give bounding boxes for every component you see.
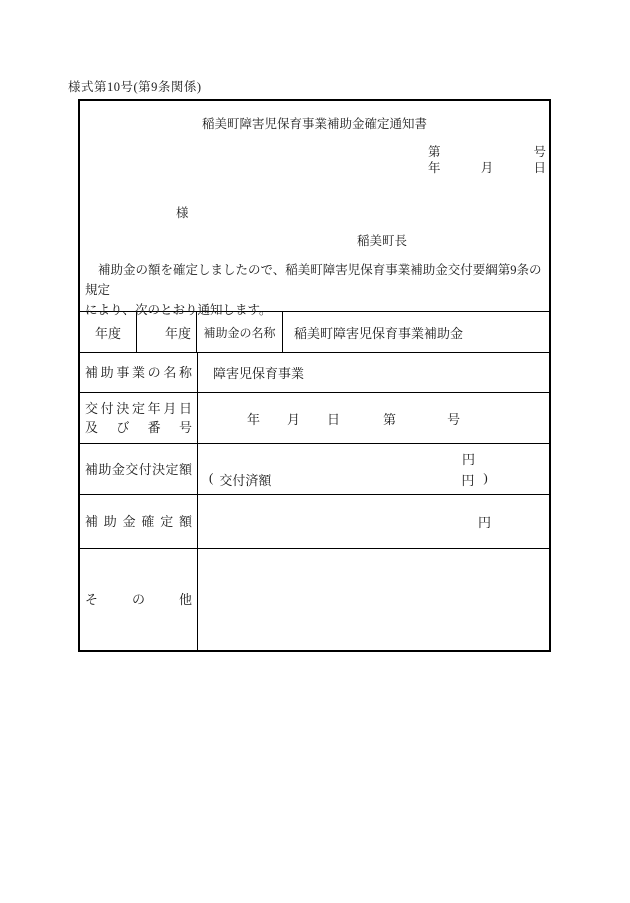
decision-number-suffix: 号: [447, 409, 460, 428]
paid-amount-label: 交付済額: [219, 470, 271, 489]
year-label: 年: [428, 158, 441, 176]
project-name-label: 補助事業の名称: [80, 363, 197, 382]
decision-year-label: 年: [247, 409, 260, 428]
decided-amount-label-cell: 補助金交付決定額: [80, 444, 198, 494]
table-row-other: その他: [80, 548, 549, 650]
table-row-project-name: 補助事業の名称 障害児保育事業: [80, 352, 549, 392]
decided-amount-yen-label: 円: [198, 449, 549, 468]
notice-box: 稲美町障害児保育事業補助金確定通知書 第 号 年 月 日 様 稲美町長 補助金の…: [78, 99, 551, 652]
document-date-line: 年 月 日: [428, 158, 546, 176]
form-number: 様式第10号(第9条関係): [68, 77, 202, 95]
table-row-decision-date-number: 交付決定年月日 及び番号 年 月 日 第 号: [80, 392, 549, 443]
notice-body: 補助金の額を確定しましたので、稲美町障害児保育事業補助金交付要綱第9条の規定 に…: [85, 260, 547, 320]
paren-close: ): [483, 470, 487, 489]
notice-header-section: 稲美町障害児保育事業補助金確定通知書 第 号 年 月 日 様 稲美町長 補助金の…: [80, 101, 549, 311]
decision-label-line1: 交付決定年月日: [80, 399, 197, 418]
confirmed-amount-label-cell: 補助金確定額: [80, 495, 198, 548]
addressee-honorific: 様: [176, 203, 189, 221]
decision-label-line2: 及び番号: [80, 418, 197, 437]
decision-day-label: 日: [327, 409, 340, 428]
paid-amount-line: ( 交付済額 円 ): [198, 470, 549, 489]
notice-title: 稲美町障害児保育事業補助金確定通知書: [80, 114, 549, 132]
other-label: その他: [80, 590, 197, 609]
table-row-decided-amount: 補助金交付決定額 円 ( 交付済額 円 ): [80, 443, 549, 494]
project-name-value-cell: 障害児保育事業: [198, 353, 549, 392]
confirmed-amount-yen-label: 円: [478, 512, 491, 531]
paren-open: (: [209, 470, 213, 489]
confirmed-amount-value-cell: 円: [198, 495, 549, 548]
sender-title: 稲美町長: [357, 231, 407, 249]
day-label: 日: [533, 158, 546, 176]
decision-month-label: 月: [287, 409, 300, 428]
decided-amount-value-cell: 円 ( 交付済額 円 ): [198, 444, 549, 494]
other-label-cell: その他: [80, 549, 198, 650]
decision-value-cell: 年 月 日 第 号: [198, 393, 549, 443]
decision-number-prefix: 第: [383, 409, 396, 428]
confirmed-amount-label: 補助金確定額: [80, 512, 197, 531]
notice-table: 年度 年度 補助金の名称 稲美町障害児保育事業補助金 補助事業の名称 障害児保育…: [80, 311, 549, 650]
notice-body-line1: 補助金の額を確定しましたので、稲美町障害児保育事業補助金交付要綱第9条の規定: [85, 260, 547, 300]
notice-body-line2: により、次のとおり通知します。: [85, 300, 547, 320]
other-value-cell: [198, 549, 549, 650]
paid-amount-yen-label: 円: [461, 470, 474, 489]
month-label: 月: [481, 158, 494, 176]
project-name-label-cell: 補助事業の名称: [80, 353, 198, 392]
decision-label-cell: 交付決定年月日 及び番号: [80, 393, 198, 443]
document-page: 様式第10号(第9条関係) 稲美町障害児保育事業補助金確定通知書 第 号 年 月…: [0, 0, 630, 903]
decided-amount-label: 補助金交付決定額: [80, 460, 197, 479]
table-row-confirmed-amount: 補助金確定額 円: [80, 494, 549, 548]
